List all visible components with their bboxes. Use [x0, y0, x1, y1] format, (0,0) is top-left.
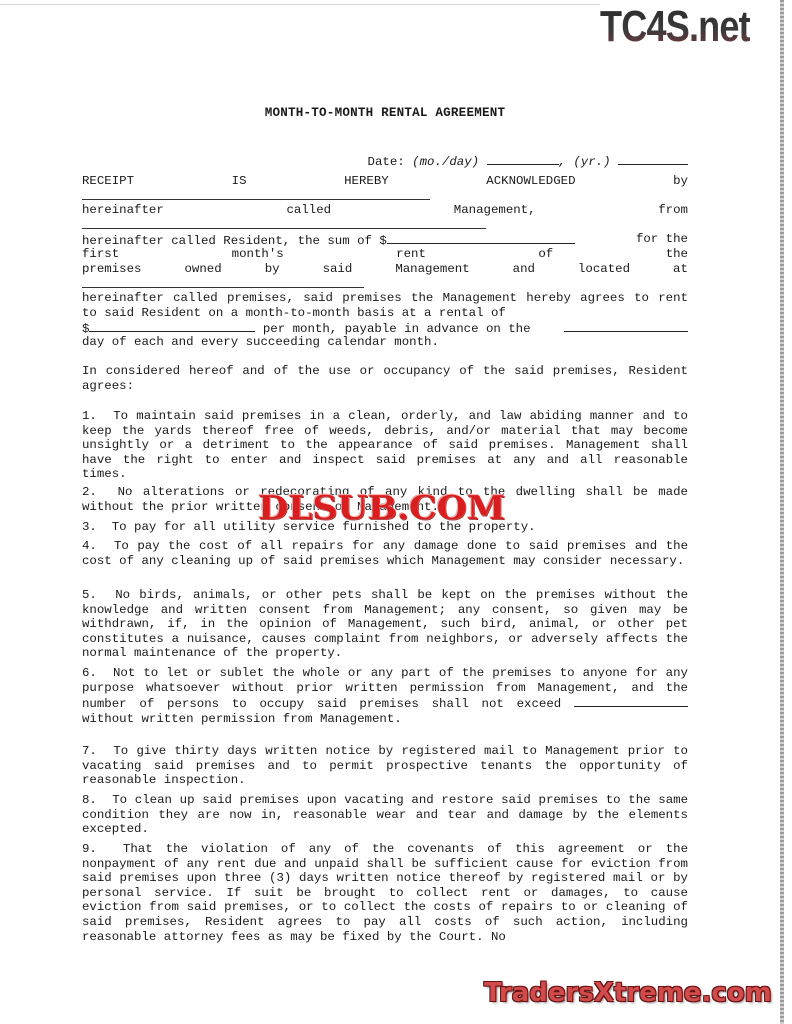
- clause-number: 2.: [82, 485, 97, 499]
- word: of: [538, 247, 553, 262]
- word: said: [323, 262, 353, 277]
- max-occupants-blank[interactable]: [574, 695, 688, 707]
- word: located: [578, 262, 630, 277]
- date-mo-day-blank[interactable]: [487, 153, 559, 165]
- clause-number: 8.: [82, 793, 97, 807]
- premises-address-blank[interactable]: [82, 287, 364, 288]
- clause-5: 5. No birds, animals, or other pets shal…: [82, 588, 688, 661]
- mo-day-hint: (mo./day): [412, 155, 479, 169]
- premises-line: premises owned by said Management and lo…: [82, 262, 688, 277]
- clause-text: To maintain said premises in a clean, or…: [82, 409, 688, 481]
- rental-amount-blank[interactable]: [89, 320, 255, 332]
- word: by: [265, 262, 280, 277]
- scan-top-edge: [0, 4, 600, 5]
- day-line: day of each and every succeeding calenda…: [82, 335, 688, 350]
- clause-number: 5.: [82, 588, 97, 602]
- word: owned: [185, 262, 222, 277]
- word: premises: [82, 262, 142, 277]
- clause-number: 9.: [82, 842, 97, 856]
- watermark-tradersxtreme: TradersXtreme.com: [484, 978, 772, 1008]
- word: RECEIPT: [82, 174, 134, 189]
- clause-number: 3.: [82, 520, 97, 534]
- yr-hint: (yr.): [573, 155, 610, 169]
- watermark-tc4s: TC4S.net: [600, 4, 750, 50]
- clause-4: 4. To pay the cost of all repairs for an…: [82, 539, 688, 568]
- watermark-dlsub: DLSUB.COM: [258, 490, 505, 526]
- word: Management: [395, 262, 469, 277]
- clause-text: To pay the cost of all repairs for any d…: [82, 539, 688, 568]
- first-rent-line: first month's rent of the: [82, 247, 688, 262]
- word: rent: [396, 247, 426, 262]
- management-name-blank[interactable]: [82, 199, 430, 200]
- management-line: hereinafter called Management, from: [82, 203, 688, 218]
- word: HEREBY: [344, 174, 389, 189]
- date-year-blank[interactable]: [618, 153, 688, 165]
- premises-paragraph: hereinafter called premises, said premis…: [82, 291, 688, 320]
- date-label: Date:: [368, 155, 405, 169]
- word: at: [673, 262, 688, 277]
- resident-text: hereinafter called Resident, the sum of …: [82, 234, 387, 248]
- clause-8: 8. To clean up said premises upon vacati…: [82, 793, 688, 837]
- word: by: [673, 174, 688, 189]
- word: Management,: [454, 203, 536, 218]
- clause-1: 1. To maintain said premises in a clean,…: [82, 409, 688, 482]
- clause-text: To give thirty days written notice by re…: [82, 744, 688, 787]
- word: ACKNOWLEDGED: [486, 174, 575, 189]
- word: the: [666, 247, 688, 262]
- date-line: Date: (mo./day) , (yr.): [82, 153, 688, 170]
- date-separator: ,: [559, 155, 566, 169]
- word: first: [82, 247, 119, 262]
- clause-number: 4.: [82, 539, 97, 553]
- clause-text: To clean up said premises upon vacating …: [82, 793, 688, 836]
- scan-right-edge: [780, 0, 784, 1024]
- clause-number: 1.: [82, 409, 97, 423]
- clause-text-end: without written permission from Manageme…: [82, 712, 402, 726]
- dollar-sign: $: [82, 322, 89, 336]
- clause-text: No birds, animals, or other pets shall b…: [82, 588, 688, 660]
- resident-name-blank[interactable]: [82, 228, 486, 229]
- clause-6: 6. Not to let or sublet the whole or any…: [82, 666, 688, 726]
- word: from: [658, 203, 688, 218]
- word: month's: [232, 247, 284, 262]
- word: and: [513, 262, 535, 277]
- word: hereinafter: [82, 203, 164, 218]
- due-day-blank[interactable]: [564, 320, 688, 332]
- word: IS: [232, 174, 247, 189]
- receipt-line: RECEIPT IS HEREBY ACKNOWLEDGED by: [82, 174, 688, 189]
- consideration-paragraph: In considered hereof and of the use or o…: [82, 364, 688, 393]
- sum-amount-blank[interactable]: [387, 232, 575, 244]
- clause-number: 7.: [82, 744, 97, 758]
- clause-number: 6.: [82, 666, 97, 680]
- clause-7: 7. To give thirty days written notice by…: [82, 744, 688, 788]
- rental-text: per month, payable in advance on the: [263, 322, 531, 336]
- word: called: [286, 203, 331, 218]
- clause-text: That the violation of any of the covenan…: [82, 842, 688, 944]
- clause-9: 9. That the violation of any of the cove…: [82, 842, 688, 944]
- document-title: MONTH-TO-MONTH RENTAL AGREEMENT: [82, 106, 688, 121]
